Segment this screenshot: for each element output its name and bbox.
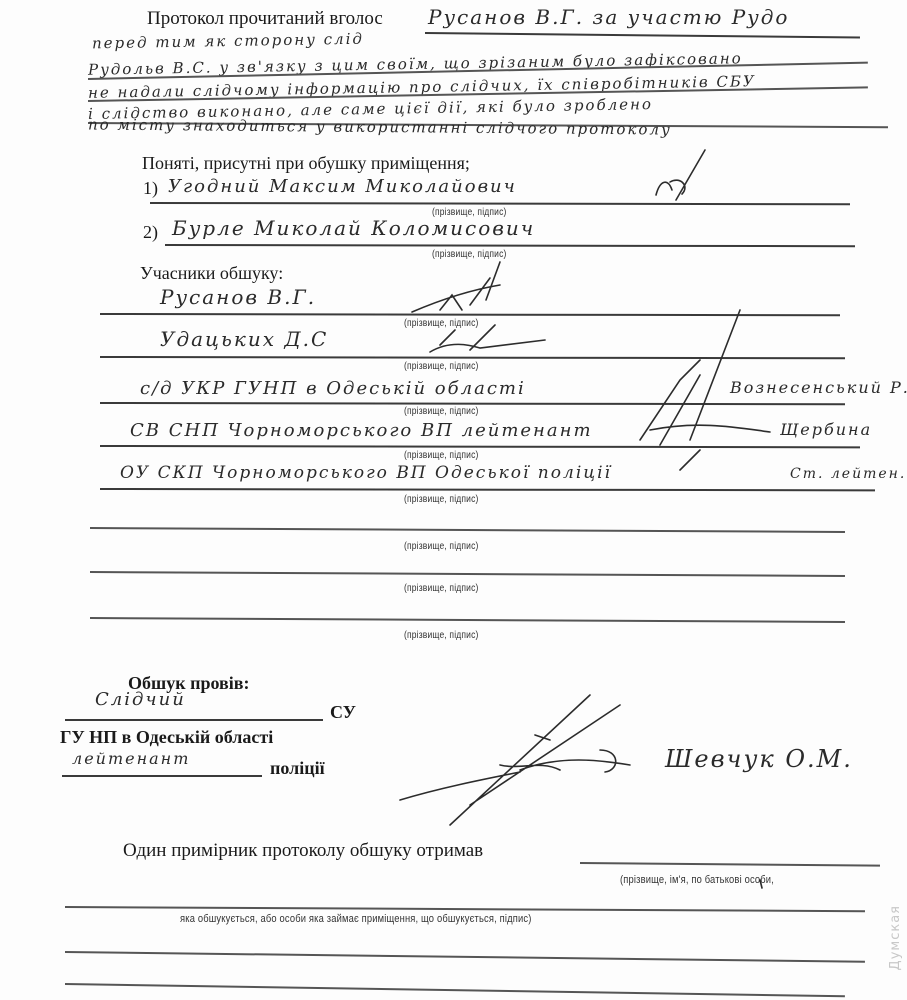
blank-line-1 [65,951,865,962]
protocol-read-label: Протокол прочитаний вголос [147,8,383,30]
witnesses-heading: Поняті, присутні при обушку приміщення; [142,153,470,174]
participant-1-caption: (прізвище, підпис) [404,318,479,329]
copy-received-line [580,862,880,866]
participant-5-extra: Ст. лейтен. [790,466,906,482]
conducted-by-rank-line [62,775,262,777]
witness-1-number: 1) [143,178,158,199]
conducted-by-role-line [65,719,323,721]
conducted-by-suffix-2: поліції [270,758,325,779]
handwritten-remark-1: перед тим як сторону слід [92,30,364,53]
conducted-by-rank-handwritten: лейтенант [72,749,190,768]
witness-2-caption: (прізвище, підпис) [432,249,507,260]
handwritten-remark-5: по місту знаходиться у використанні слід… [88,115,672,138]
watermark-text: Думская [888,905,903,970]
scanned-document-page: Протокол прочитаний вголос Русанов В.Г. … [0,0,907,1000]
witness-2-line [165,244,855,247]
participant-8-line [90,617,845,623]
participant-2-caption: (прізвище, підпис) [404,361,479,372]
copy-received-label: Один примірник протоколу обшуку отримав [123,840,483,862]
participant-4-handwritten: СВ СНП Чорноморського ВП лейтенант [130,420,593,441]
participant-1-handwritten: Русанов В.Г. [160,285,316,309]
participant-4-line [100,445,860,448]
conducted-by-signature-name: Шевчук О.М. [665,745,853,773]
witness-1-handwritten: Угодний Максим Миколайович [168,176,517,197]
copy-received-caption-2: яка обшукується, або особи яка займає пр… [180,913,531,925]
participant-7-caption: (прізвище, підпис) [404,583,479,594]
participant-6-line [90,527,845,533]
participant-4-extra: Щербина [780,420,872,439]
witness-1-line [150,202,850,205]
participant-3-handwritten: с/д УКР ГУНП в Одеській області [140,378,526,399]
participant-5-handwritten: ОУ СКП Чорноморського ВП Одеської поліці… [120,463,612,483]
participant-8-caption: (прізвище, підпис) [404,630,479,641]
participant-4-caption: (прізвище, підпис) [404,450,479,461]
conducted-by-role-handwritten: Слідчий [95,689,186,710]
participant-2-handwritten: Удацьких Д.С [160,327,328,351]
protocol-read-underline [425,32,860,38]
participant-3-caption: (прізвище, підпис) [404,406,479,417]
witness-2-number: 2) [143,222,158,243]
participant-6-caption: (прізвище, підпис) [404,541,479,552]
participants-heading: Учасники обшуку: [140,263,283,284]
participant-3-extra: Вознесенський Р. [730,378,907,397]
conducted-by-line-2: ГУ НП в Одеській області [60,727,273,748]
copy-received-caption-1: (прізвище, ім'я, по батькові особи, [620,874,774,886]
participant-7-line [90,571,845,577]
participant-2-line [100,356,845,359]
copy-received-line-2 [65,906,865,912]
participant-3-line [100,402,845,405]
participant-1-line [100,313,840,316]
blank-line-2 [65,983,845,997]
conducted-by-suffix-1: СУ [330,702,356,723]
protocol-read-handwritten-name: Русанов В.Г. за участю Рудо [428,5,789,29]
participant-5-line [100,488,875,491]
witness-2-handwritten: Бурле Миколай Коломисович [172,216,535,240]
participant-5-caption: (прізвище, підпис) [404,494,479,505]
